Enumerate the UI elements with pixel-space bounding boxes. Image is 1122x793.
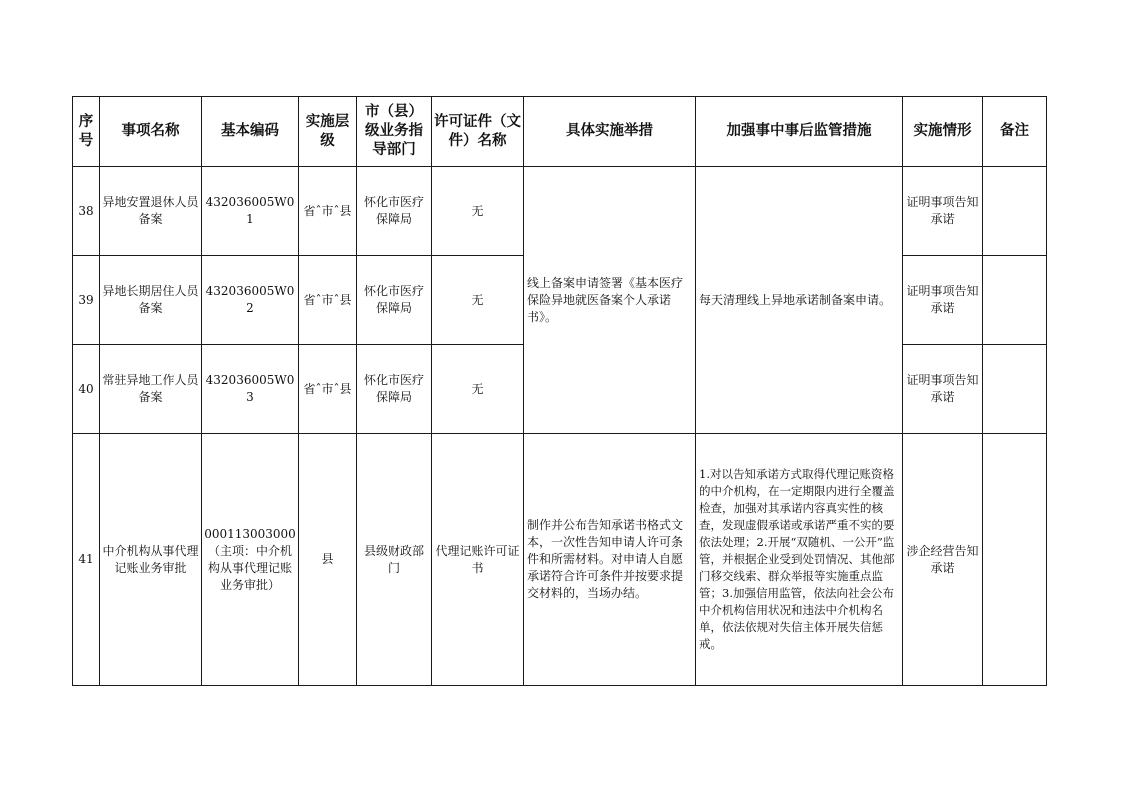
cell-index: 39 bbox=[73, 256, 100, 345]
cell-supervision: 1.对以告知承诺方式取得代理记账资格的中介机构，在一定期限内进行全覆盖检查，加强… bbox=[696, 434, 903, 686]
cell-index: 38 bbox=[73, 167, 100, 256]
cell-code: 432036005W03 bbox=[202, 345, 299, 434]
header-measures: 具体实施举措 bbox=[524, 97, 696, 167]
cell-measures: 制作并公布告知承诺书格式文本，一次性告知申请人许可条件和所需材料。对申请人自愿承… bbox=[524, 434, 696, 686]
cell-license: 代理记账许可证书 bbox=[432, 434, 524, 686]
header-dept: 市（县）级业务指导部门 bbox=[357, 97, 432, 167]
cell-situation: 证明事项告知承诺 bbox=[903, 167, 983, 256]
cell-supervision-merged: 每天清理线上异地承诺制备案申请。 bbox=[696, 167, 903, 434]
header-name: 事项名称 bbox=[100, 97, 202, 167]
policy-table: 序号 事项名称 基本编码 实施层级 市（县）级业务指导部门 许可证件（文件）名称… bbox=[72, 96, 1047, 686]
cell-index: 40 bbox=[73, 345, 100, 434]
cell-situation: 证明事项告知承诺 bbox=[903, 256, 983, 345]
cell-dept: 怀化市医疗保障局 bbox=[357, 256, 432, 345]
cell-situation: 证明事项告知承诺 bbox=[903, 345, 983, 434]
cell-name: 中介机构从事代理记账业务审批 bbox=[100, 434, 202, 686]
header-situation: 实施情形 bbox=[903, 97, 983, 167]
table-row: 38 异地安置退休人员备案 432036005W01 省ˆ市ˆ县 怀化市医疗保障… bbox=[73, 167, 1047, 256]
header-level: 实施层级 bbox=[299, 97, 357, 167]
header-code: 基本编码 bbox=[202, 97, 299, 167]
header-license: 许可证件（文件）名称 bbox=[432, 97, 524, 167]
header-row: 序号 事项名称 基本编码 实施层级 市（县）级业务指导部门 许可证件（文件）名称… bbox=[73, 97, 1047, 167]
cell-remark bbox=[983, 167, 1047, 256]
cell-license: 无 bbox=[432, 345, 524, 434]
header-index: 序号 bbox=[73, 97, 100, 167]
table-row: 41 中介机构从事代理记账业务审批 000113003000（主项：中介机构从事… bbox=[73, 434, 1047, 686]
cell-remark bbox=[983, 434, 1047, 686]
cell-dept: 怀化市医疗保障局 bbox=[357, 167, 432, 256]
header-remark: 备注 bbox=[983, 97, 1047, 167]
cell-situation: 涉企经营告知承诺 bbox=[903, 434, 983, 686]
cell-dept: 怀化市医疗保障局 bbox=[357, 345, 432, 434]
cell-level: 省ˆ市ˆ县 bbox=[299, 167, 357, 256]
cell-level: 县 bbox=[299, 434, 357, 686]
cell-code: 432036005W01 bbox=[202, 167, 299, 256]
cell-code: 432036005W02 bbox=[202, 256, 299, 345]
cell-code: 000113003000（主项：中介机构从事代理记账业务审批） bbox=[202, 434, 299, 686]
cell-level: 省ˆ市ˆ县 bbox=[299, 345, 357, 434]
cell-remark bbox=[983, 256, 1047, 345]
cell-name: 异地长期居住人员备案 bbox=[100, 256, 202, 345]
cell-license: 无 bbox=[432, 167, 524, 256]
cell-dept: 县级财政部门 bbox=[357, 434, 432, 686]
cell-license: 无 bbox=[432, 256, 524, 345]
cell-remark bbox=[983, 345, 1047, 434]
cell-level: 省ˆ市ˆ县 bbox=[299, 256, 357, 345]
cell-measures-merged: 线上备案申请签署《基本医疗保险异地就医备案个人承诺书》。 bbox=[524, 167, 696, 434]
cell-name: 常驻异地工作人员备案 bbox=[100, 345, 202, 434]
cell-index: 41 bbox=[73, 434, 100, 686]
header-supervision: 加强事中事后监管措施 bbox=[696, 97, 903, 167]
cell-name: 异地安置退休人员备案 bbox=[100, 167, 202, 256]
